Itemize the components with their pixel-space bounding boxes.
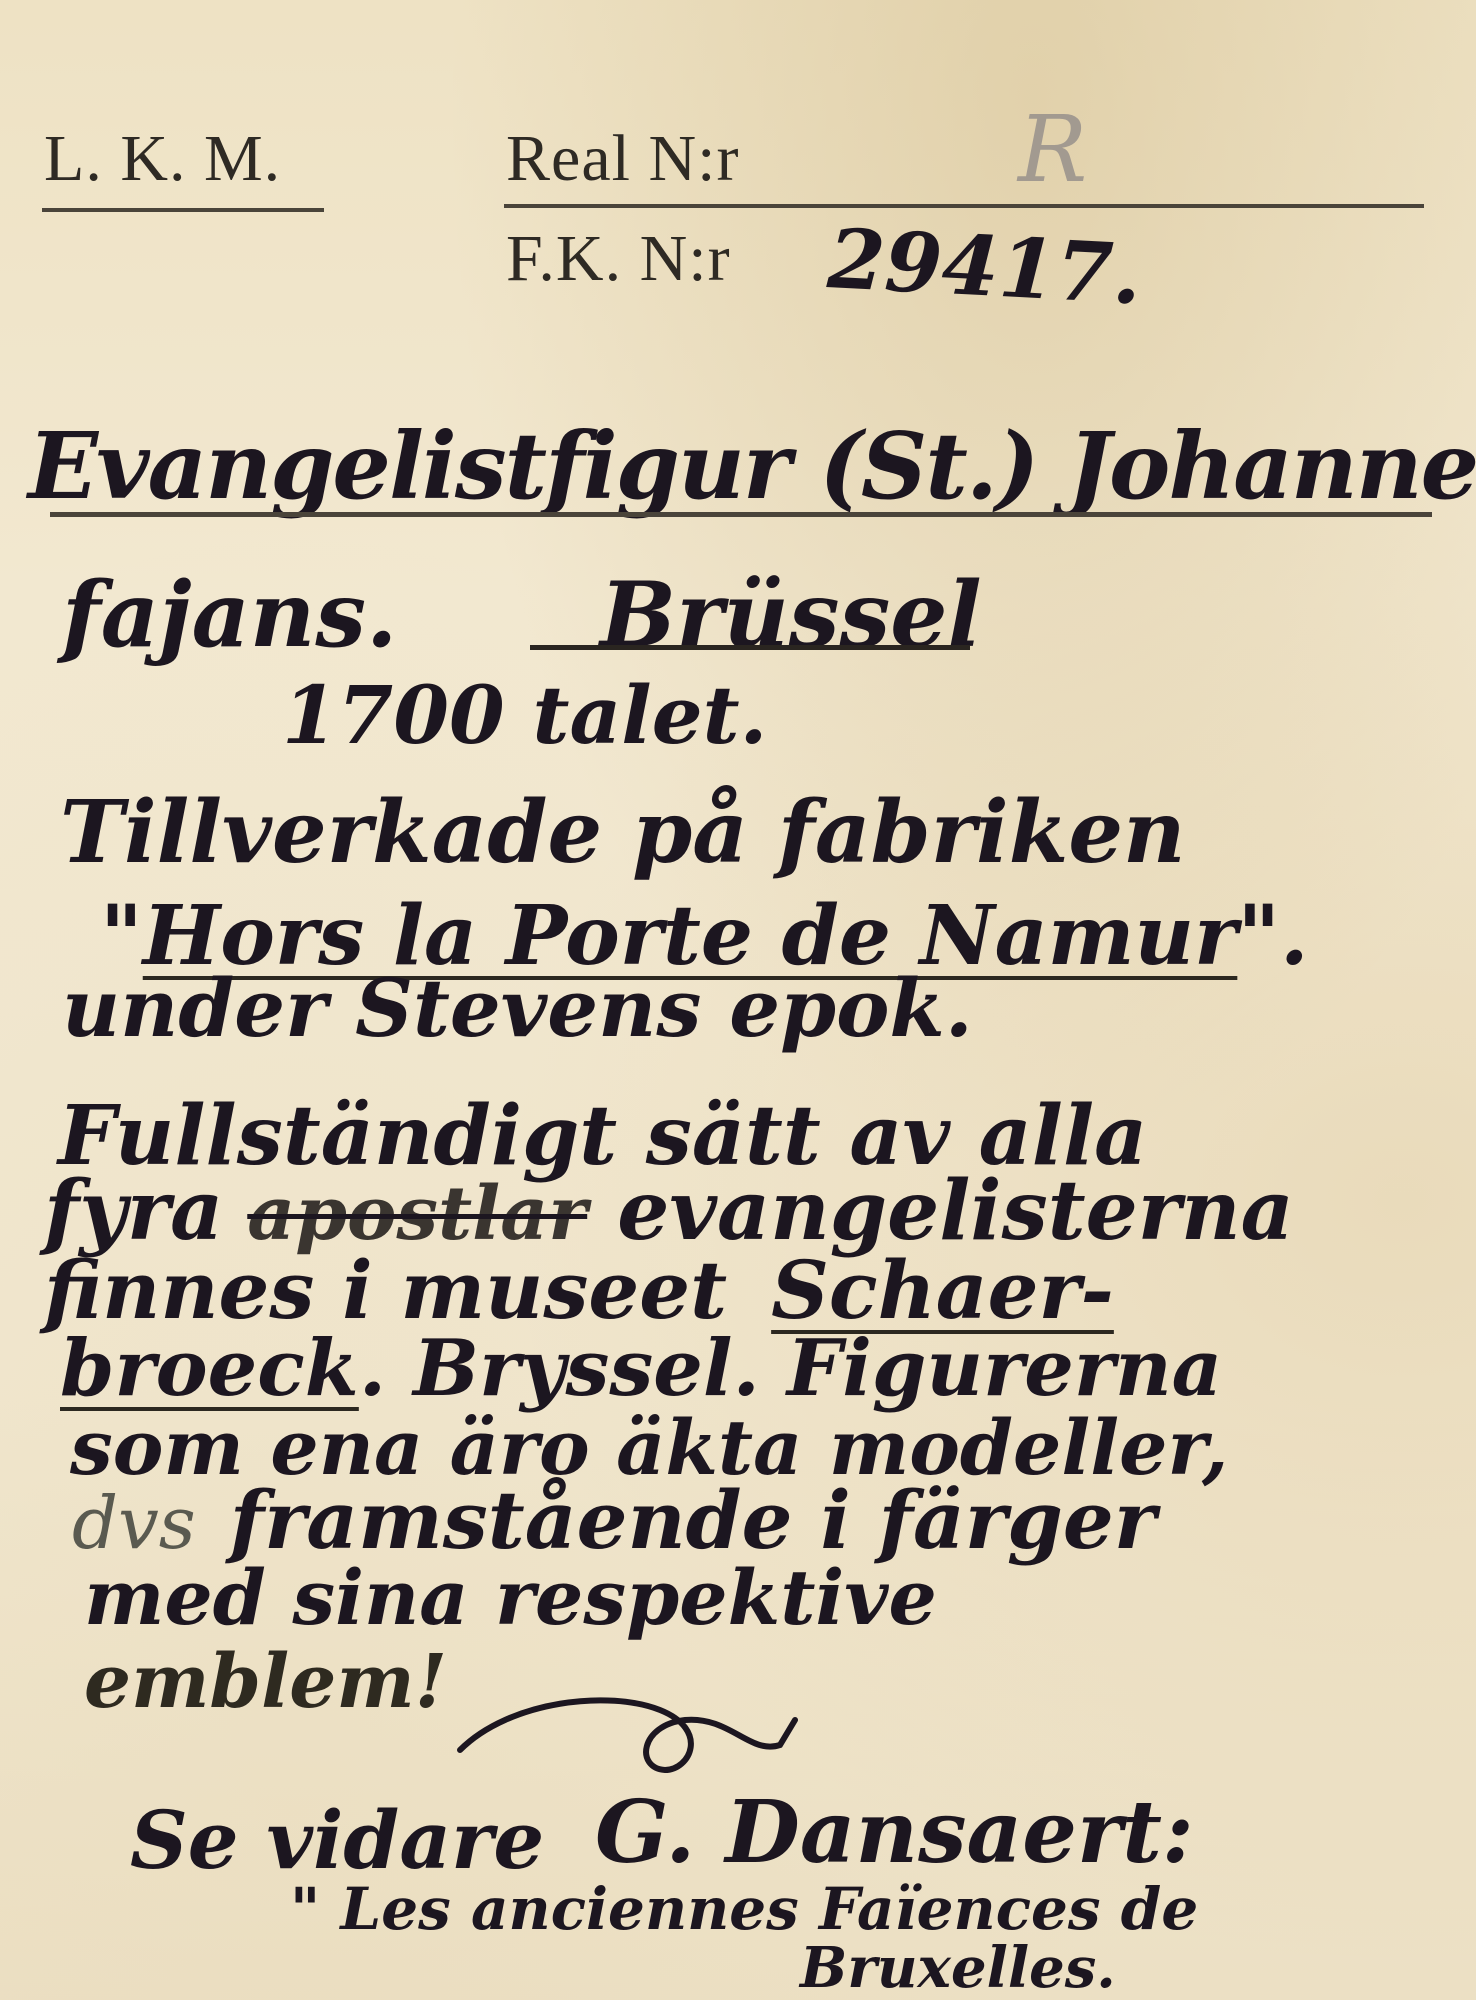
header-rule-left bbox=[42, 208, 324, 212]
body-line-9: dvs framstående i färger bbox=[72, 1480, 1156, 1560]
real-nr-value: R bbox=[1018, 104, 1087, 196]
city-underline bbox=[530, 645, 970, 650]
flourish-ornament bbox=[450, 1690, 870, 1790]
date-century: 1700 talet. bbox=[282, 675, 767, 755]
institution-abbreviation: L. K. M. bbox=[44, 126, 281, 192]
material-label: fajans. bbox=[62, 570, 397, 660]
body-line-10: med sina respektive bbox=[84, 1560, 937, 1636]
reference-work-line1: " Les anciennes Faïences de bbox=[290, 1880, 1198, 1938]
body-line-5: fyra apostlar evangelisterna bbox=[44, 1170, 1294, 1252]
quote-close: ". bbox=[1237, 888, 1308, 984]
body-line-7-text: . Bryssel. Figurerna bbox=[359, 1323, 1222, 1414]
real-nr-label: Real N:r bbox=[506, 126, 739, 192]
fk-nr-label: F.K. N:r bbox=[506, 226, 731, 292]
body-line-11: emblem! bbox=[84, 1645, 447, 1719]
body-line-7: broeck. Bryssel. Figurerna bbox=[60, 1330, 1222, 1408]
title-rule bbox=[50, 512, 1432, 517]
header-rule-right bbox=[504, 204, 1424, 208]
museum-name-part-2: broeck bbox=[60, 1323, 359, 1414]
catalogue-card: L. K. M. Real N:r R F.K. N:r 29417. Evan… bbox=[0, 0, 1476, 2000]
reference-work-line2: Bruxelles. bbox=[800, 1940, 1116, 1996]
object-title-line1: Evangelistfigur (St.) Johannes bbox=[28, 420, 1476, 512]
reference-intro: Se vidare bbox=[130, 1800, 544, 1880]
body-line-6: finnes i museet Schaer- bbox=[44, 1250, 1114, 1330]
reference-author: G. Dansaert: bbox=[595, 1790, 1194, 1876]
fk-nr-value: 29417. bbox=[826, 218, 1144, 316]
body-line-1: Tillverkade på fabriken bbox=[60, 790, 1186, 876]
body-line-3: under Stevens epok. bbox=[62, 968, 973, 1048]
